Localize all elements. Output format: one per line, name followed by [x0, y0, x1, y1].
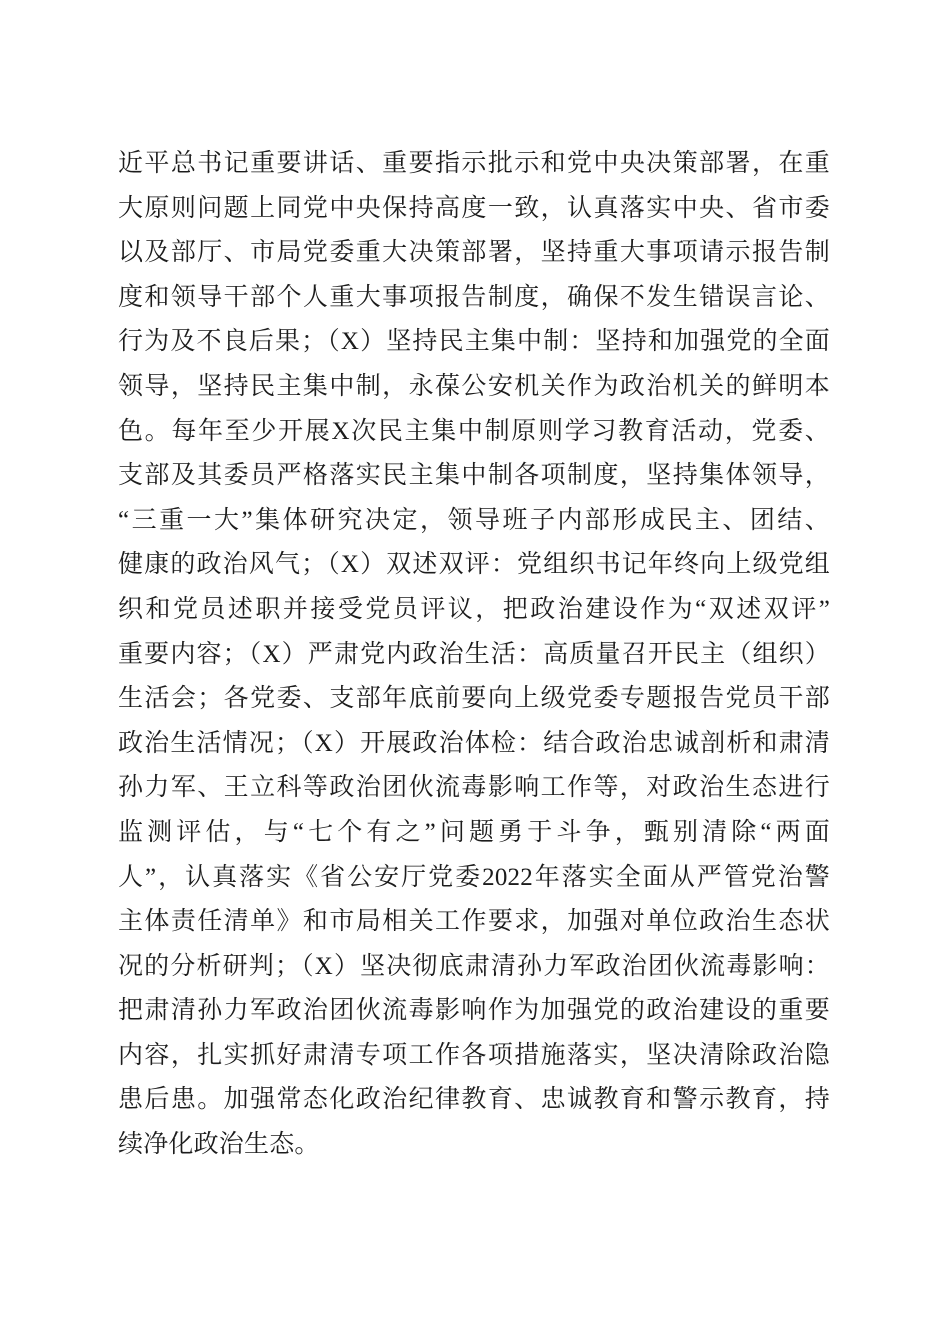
text-line: 行为及不良后果；（X）坚持民主集中制：坚持和加强党的全面	[118, 320, 830, 365]
text-line: 重要内容；（X）严肃党内政治生活：高质量召开民主（组织）	[118, 633, 830, 678]
text-line: 以及部厅、市局党委重大决策部署，坚持重大事项请示报告制	[118, 231, 830, 276]
text-line: 大原则问题上同党中央保持高度一致，认真落实中央、省市委	[118, 187, 830, 232]
text-line: 患后患。加强常态化政治纪律教育、忠诚教育和警示教育，持	[118, 1078, 830, 1123]
text-line: 领导，坚持民主集中制，永葆公安机关作为政治机关的鲜明本	[118, 365, 830, 410]
text-line: 度和领导干部个人重大事项报告制度，确保不发生错误言论、	[118, 276, 830, 321]
text-line: 支部及其委员严格落实民主集中制各项制度，坚持集体领导，	[118, 454, 830, 499]
text-line: 人”，认真落实《省公安厅党委2022年落实全面从严管党治警	[118, 856, 830, 901]
text-line: 织和党员述职并接受党员评议，把政治建设作为“双述双评”	[118, 588, 830, 633]
text-line: 生活会；各党委、支部年底前要向上级党委专题报告党员干部	[118, 677, 830, 722]
document-page: 近平总书记重要讲话、重要指示批示和党中央决策部署，在重 大原则问题上同党中央保持…	[0, 0, 950, 1344]
text-line: 色。每年至少开展X次民主集中制原则学习教育活动，党委、	[118, 410, 830, 455]
text-line: 况的分析研判；（X）坚决彻底肃清孙力军政治团伙流毒影响：	[118, 945, 830, 990]
text-line: 把肃清孙力军政治团伙流毒影响作为加强党的政治建设的重要	[118, 989, 830, 1034]
text-line: 内容，扎实抓好肃清专项工作各项措施落实，坚决清除政治隐	[118, 1034, 830, 1079]
text-line: 孙力军、王立科等政治团伙流毒影响工作等，对政治生态进行	[118, 766, 830, 811]
text-line: 主体责任清单》和市局相关工作要求，加强对单位政治生态状	[118, 900, 830, 945]
text-line: “三重一大”集体研究决定，领导班子内部形成民主、团结、	[118, 499, 830, 544]
text-line: 政治生活情况；（X）开展政治体检：结合政治忠诚剖析和肃清	[118, 722, 830, 767]
paragraph-block: 近平总书记重要讲话、重要指示批示和党中央决策部署，在重 大原则问题上同党中央保持…	[118, 142, 830, 1168]
text-line: 监测评估，与“七个有之”问题勇于斗争，甄别清除“两面	[118, 811, 830, 856]
text-line: 近平总书记重要讲话、重要指示批示和党中央决策部署，在重	[118, 142, 830, 187]
text-line: 续净化政治生态。	[118, 1123, 830, 1168]
text-line: 健康的政治风气；（X）双述双评：党组织书记年终向上级党组	[118, 543, 830, 588]
